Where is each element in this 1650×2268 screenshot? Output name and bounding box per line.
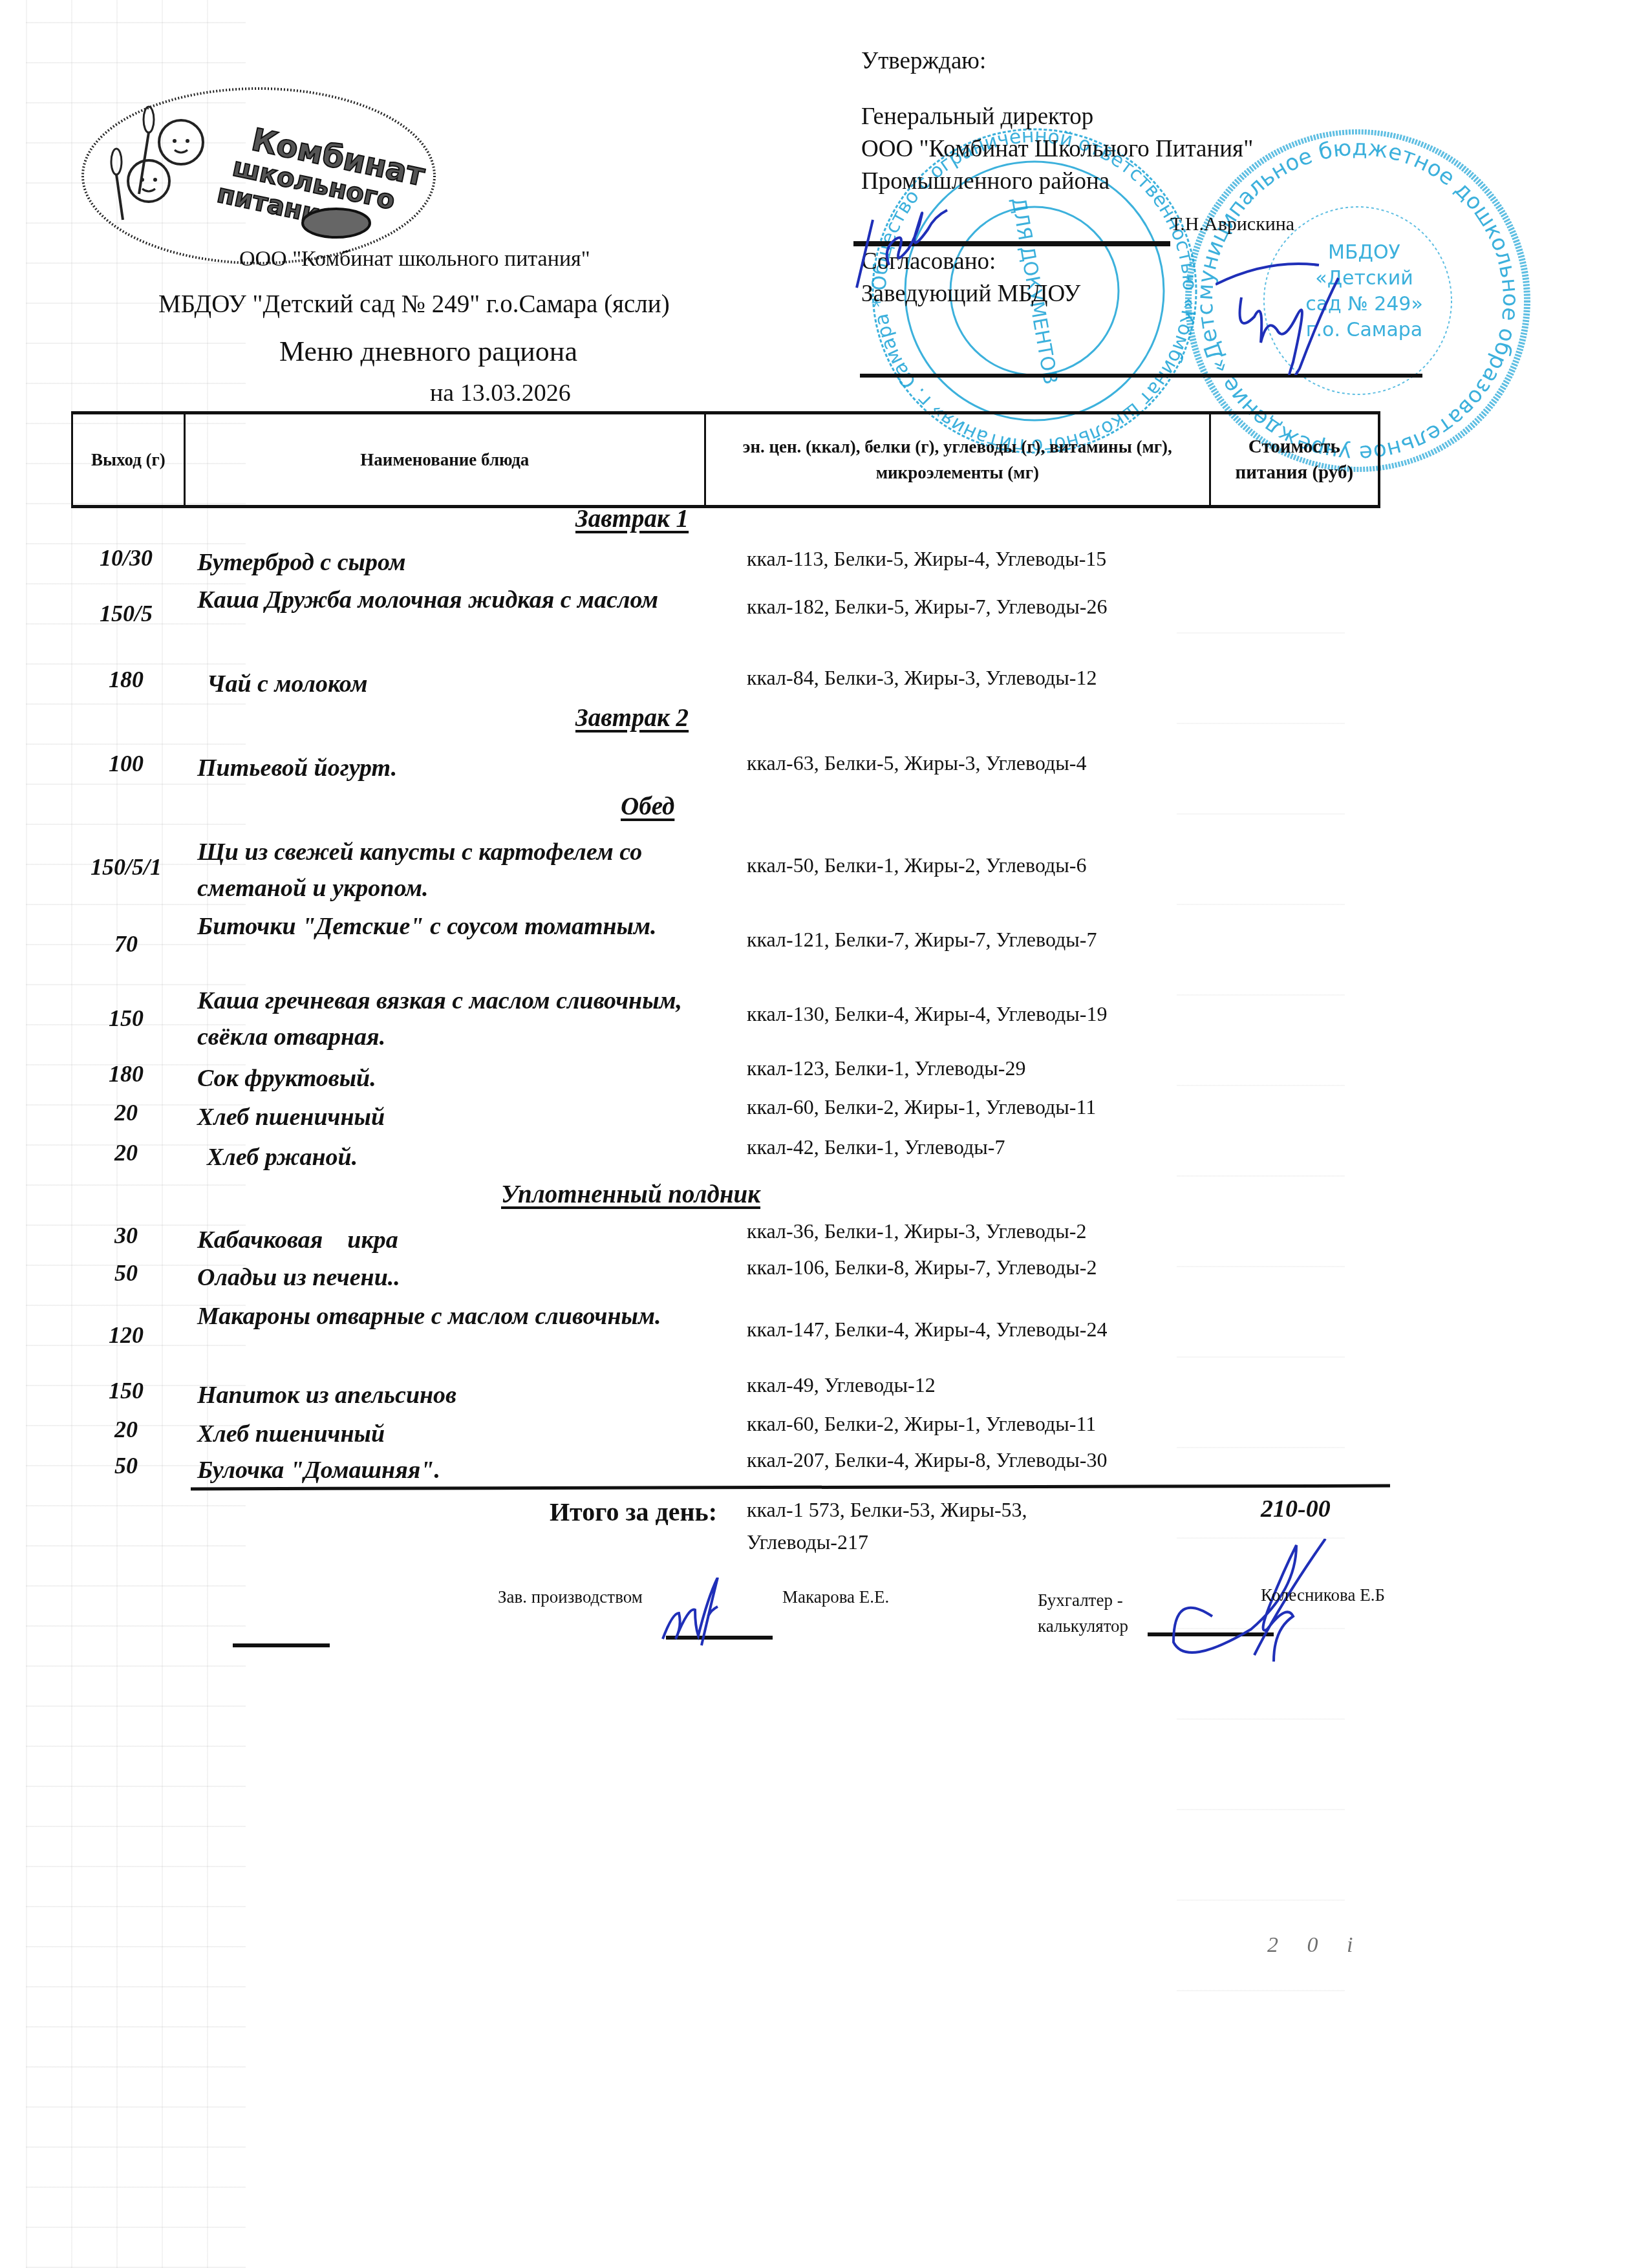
stamp2-center-1: «Детский <box>1315 267 1413 290</box>
row-dish: Оладьи из печени.. <box>197 1259 753 1296</box>
approver-position-1: Генеральный директор <box>861 101 1253 133</box>
row-dish: Хлеб пшеничный <box>197 1099 753 1135</box>
section-breakfast-1: Завтрак 1 <box>575 504 689 533</box>
row-nutrition: ккал-84, Белки-3, Жиры-3, Углеводы-12 <box>747 666 1264 690</box>
approver-name: Т.Н.Аврискина <box>1170 213 1294 235</box>
accountant-label: Бухгалтер - калькулятор <box>1038 1587 1128 1639</box>
row-dish: Напиток из апельсинов <box>197 1377 753 1413</box>
col-dish-name: Наименование блюда <box>184 414 704 505</box>
row-output: 150/5 <box>71 600 181 627</box>
row-dish: Каша Дружба молочная жидкая с маслом <box>197 582 753 618</box>
row-output: 20 <box>71 1139 181 1166</box>
total-nutrition-line2: Углеводы-217 <box>747 1526 1199 1558</box>
agreed-signature-line <box>860 374 1422 378</box>
row-nutrition: ккал-42, Белки-1, Углеводы-7 <box>747 1135 1264 1159</box>
section-breakfast-2: Завтрак 2 <box>575 703 689 733</box>
row-nutrition: ккал-49, Углеводы-12 <box>747 1373 1264 1397</box>
signature-line-left <box>233 1643 330 1647</box>
institution-name: МБДОУ "Детский сад № 249" г.о.Самара (яс… <box>158 290 670 319</box>
row-output: 50 <box>71 1259 181 1287</box>
row-dish: Питьевой йогурт. <box>197 750 753 786</box>
col-nutrition: эн. цен. (ккал), белки (г), углеводы (г)… <box>704 414 1209 505</box>
page-title: Меню дневного рациона <box>279 335 577 368</box>
row-output: 20 <box>71 1099 181 1126</box>
row-output: 70 <box>71 930 181 957</box>
row-dish: Каша гречневая вязкая с маслом сливочным… <box>197 983 753 1055</box>
row-dish: Хлеб ржаной. <box>207 1139 763 1175</box>
row-output: 100 <box>71 750 181 777</box>
row-output: 150 <box>71 1005 181 1032</box>
row-output: 120 <box>71 1321 181 1349</box>
row-output: 150 <box>71 1377 181 1404</box>
stamp2-center-0: МБДОУ <box>1328 241 1400 264</box>
row-dish: Хлеб пшеничный <box>197 1416 753 1452</box>
agreed-block: Согласовано: Заведующий МБДОУ <box>861 246 1080 310</box>
row-nutrition: ккал-207, Белки-4, Жиры-8, Углеводы-30 <box>747 1448 1264 1472</box>
row-dish: Булочка "Домашняя". <box>197 1452 753 1488</box>
company-name: ООО "Комбинат школьного питания" <box>239 247 590 272</box>
row-nutrition: ккал-113, Белки-5, Жиры-4, Углеводы-15 <box>747 547 1264 571</box>
stamp2-center-2: сад № 249» <box>1305 293 1423 316</box>
section-lunch: Обед <box>621 792 674 821</box>
row-dish: Чай с молоком <box>207 666 763 702</box>
production-head-name: Макарова Е.Е. <box>782 1587 889 1607</box>
row-output: 50 <box>71 1452 181 1479</box>
row-nutrition: ккал-63, Белки-5, Жиры-3, Углеводы-4 <box>747 751 1264 775</box>
row-dish: Сок фруктовый. <box>197 1060 753 1097</box>
row-nutrition: ккал-121, Белки-7, Жиры-7, Углеводы-7 <box>747 928 1264 952</box>
row-dish: Биточки "Детские" с соусом томатным. <box>197 908 753 945</box>
row-output: 180 <box>71 1060 181 1087</box>
accountant-name: Колесникова Е.Б <box>1261 1585 1385 1605</box>
table-header: Выход (г) Наименование блюда эн. цен. (к… <box>71 411 1380 508</box>
row-nutrition: ккал-60, Белки-2, Жиры-1, Углеводы-11 <box>747 1095 1264 1119</box>
approve-label: Утверждаю: <box>861 45 1253 78</box>
approver-position-2: ООО "Комбинат Школьного Питания" <box>861 133 1253 166</box>
row-dish: Бутерброд с сыром <box>197 544 753 581</box>
row-output: 150/5/1 <box>71 853 181 881</box>
approver-position-3: Промышленного района <box>861 166 1253 198</box>
row-nutrition: ккал-50, Белки-1, Жиры-2, Углеводы-6 <box>747 853 1264 877</box>
row-dish: Щи из свежей капусты с картофелем со сме… <box>197 834 753 906</box>
scan-ghost-text: 2 0 i <box>1267 1933 1364 1958</box>
production-signature-line <box>666 1636 773 1640</box>
scan-ghost-grid-right <box>1177 569 1345 1991</box>
approval-block: Утверждаю: Генеральный директор ООО "Ком… <box>861 45 1253 198</box>
agreed-label: Согласовано: <box>861 246 1080 278</box>
accountant-label-2: калькулятор <box>1038 1613 1128 1639</box>
row-dish: Кабачковая икра <box>197 1222 753 1258</box>
production-head-label: Зав. производством <box>498 1587 643 1607</box>
col-cost: Стоимость питания (руб) <box>1209 414 1380 505</box>
row-nutrition: ккал-106, Белки-8, Жиры-7, Углеводы-2 <box>747 1256 1264 1279</box>
row-output: 180 <box>71 666 181 693</box>
row-output: 20 <box>71 1416 181 1443</box>
row-nutrition: ккал-60, Белки-2, Жиры-1, Углеводы-11 <box>747 1412 1264 1436</box>
row-nutrition: ккал-130, Белки-4, Жиры-4, Углеводы-19 <box>747 1002 1264 1026</box>
col-output: Выход (г) <box>71 414 184 505</box>
company-logo: Комбинат школьного питания <box>78 84 440 268</box>
row-output: 10/30 <box>71 544 181 572</box>
row-nutrition: ккал-36, Белки-1, Жиры-3, Углеводы-2 <box>747 1219 1264 1243</box>
row-dish: Макароны отварные с маслом сливочным. <box>197 1298 753 1334</box>
total-label: Итого за день: <box>550 1497 717 1527</box>
section-afternoon-snack: Уплотненный полдник <box>501 1180 760 1209</box>
stamp2-center-3: г.о. Самара <box>1306 319 1423 341</box>
row-nutrition: ккал-123, Белки-1, Углеводы-29 <box>747 1056 1264 1080</box>
total-cost: 210-00 <box>1261 1495 1331 1523</box>
row-nutrition: ккал-147, Белки-4, Жиры-4, Углеводы-24 <box>747 1318 1264 1342</box>
total-nutrition: ккал-1 573, Белки-53, Жиры-53, Углеводы-… <box>747 1493 1199 1558</box>
menu-date: на 13.03.2026 <box>430 379 571 407</box>
accountant-label-1: Бухгалтер - <box>1038 1587 1128 1613</box>
total-nutrition-line1: ккал-1 573, Белки-53, Жиры-53, <box>747 1493 1199 1526</box>
row-nutrition: ккал-182, Белки-5, Жиры-7, Углеводы-26 <box>747 595 1264 619</box>
agreed-position: Заведующий МБДОУ <box>861 278 1080 310</box>
row-output: 30 <box>71 1222 181 1249</box>
accountant-signature-line <box>1148 1632 1274 1636</box>
